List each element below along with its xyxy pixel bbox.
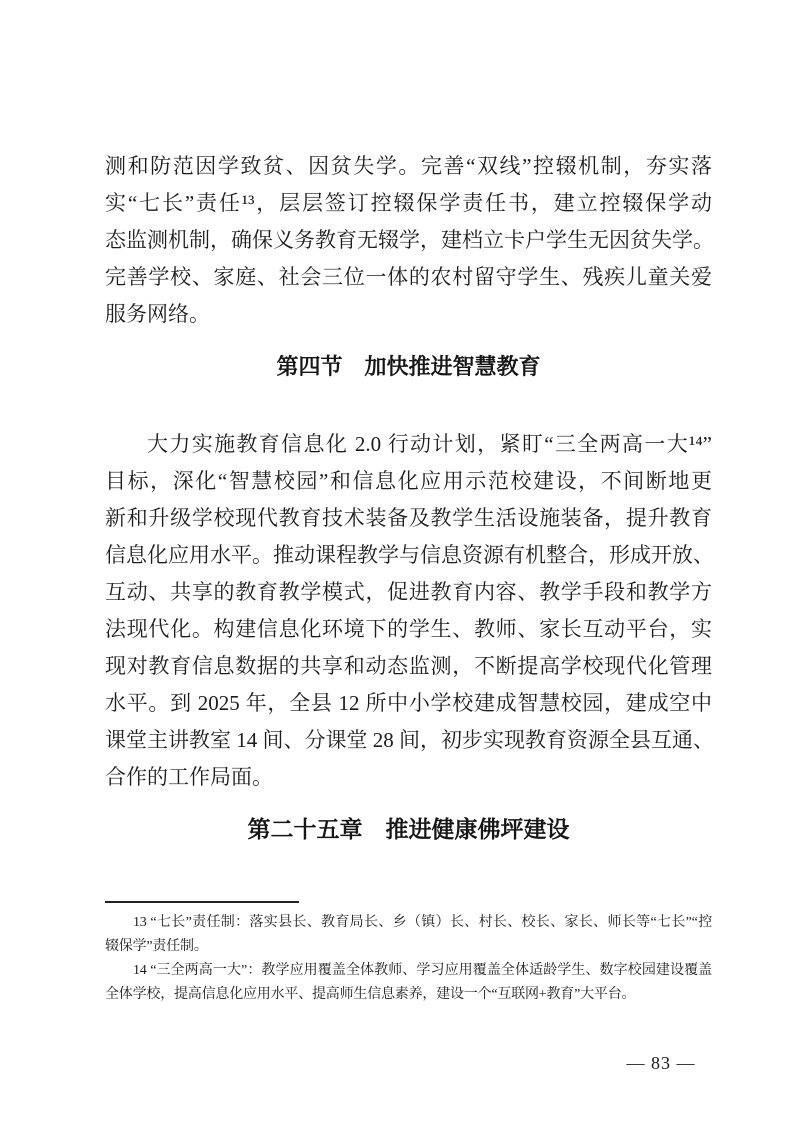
body-paragraph-dropout-prevention: 测和防范因学致贫、因贫失学。完善“双线”控辍机制，夯实落实“七长”责任¹³，层层…: [105, 148, 712, 333]
chapter-heading: 第二十五章 推进健康佛坪建设: [105, 816, 712, 843]
text-line: 互动、共享的教育教学模式，促进教育内容、教学手段和教学方: [105, 574, 712, 611]
text-line: 目标，深化“智慧校园”和信息化应用示范校建设，不间断地更: [105, 463, 712, 500]
text-line: 14 “三全两高一大”：教学应用覆盖全体教师、学习应用覆盖全体适龄学生、数字校园…: [105, 959, 712, 983]
text-line: 13 “七长”责任制：落实县长、教育局长、乡（镇）长、村长、校长、家长、师长等“…: [105, 911, 712, 935]
text-line: 合作的工作局面。: [105, 759, 712, 796]
page-number: — 83 —: [618, 1053, 704, 1074]
body-paragraph-smart-education: 大力实施教育信息化 2.0 行动计划，紧盯“三全两高一大¹⁴”目标，深化“智慧校…: [105, 426, 712, 796]
text-line: 完善学校、家庭、社会三位一体的农村留守学生、残疾儿童关爱: [105, 259, 712, 296]
text-line: 态监测机制，确保义务教育无辍学，建档立卡户学生无因贫失学。: [105, 222, 712, 259]
document-page: 测和防范因学致贫、因贫失学。完善“双线”控辍机制，夯实落实“七长”责任¹³，层层…: [0, 0, 793, 1122]
text-line: 新和升级学校现代教育技术装备及教学生活设施装备，提升教育: [105, 500, 712, 537]
footnote-13: 13 “七长”责任制：落实县长、教育局长、乡（镇）长、村长、校长、家长、师长等“…: [105, 911, 712, 959]
text-line: 水平。到 2025 年，全县 12 所中小学校建成智慧校园，建成空中: [105, 685, 712, 722]
text-line: 辍保学”责任制。: [105, 935, 712, 959]
text-line: 现对教育信息数据的共享和动态监测，不断提高学校现代化管理: [105, 648, 712, 685]
footnote-separator-rule: [105, 901, 299, 903]
section-heading: 第四节 加快推进智慧教育: [105, 354, 712, 380]
footnote-14: 14 “三全两高一大”：教学应用覆盖全体教师、学习应用覆盖全体适龄学生、数字校园…: [105, 959, 712, 1007]
text-line: 课堂主讲教室 14 间、分课堂 28 间，初步实现教育资源全县互通、: [105, 722, 712, 759]
text-line: 全体学校，提高信息化应用水平、提高师生信息素养，建设一个“互联网+教育”大平台。: [105, 983, 712, 1007]
text-line: 服务网络。: [105, 296, 712, 333]
text-line: 大力实施教育信息化 2.0 行动计划，紧盯“三全两高一大¹⁴”: [105, 426, 712, 463]
text-line: 法现代化。构建信息化环境下的学生、教师、家长互动平台，实: [105, 611, 712, 648]
text-line: 信息化应用水平。推动课程教学与信息资源有机整合，形成开放、: [105, 537, 712, 574]
text-line: 测和防范因学致贫、因贫失学。完善“双线”控辍机制，夯实落: [105, 148, 712, 185]
text-line: 实“七长”责任¹³，层层签订控辍保学责任书，建立控辍保学动: [105, 185, 712, 222]
